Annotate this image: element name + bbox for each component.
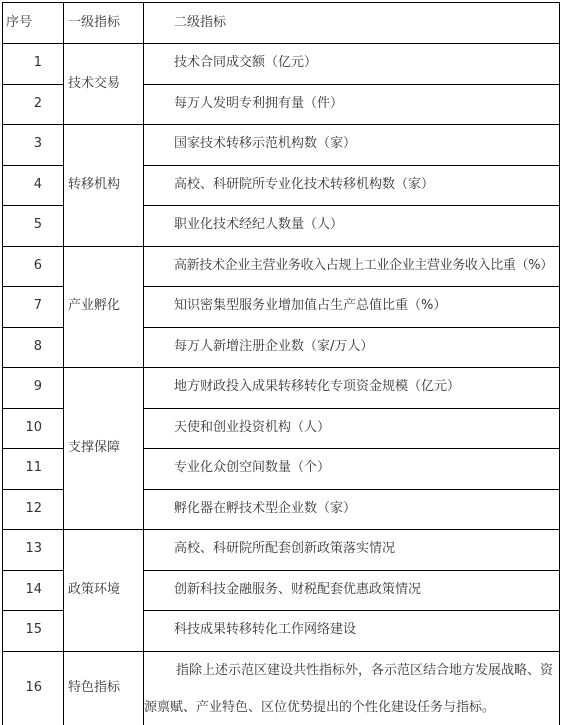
table-row: 6 产业孵化 高新技术企业主营业务收入占规上工业企业主营业务收入比重（%） [3, 246, 560, 287]
secondary-indicator: 孵化器在孵技术型企业数（家） [144, 489, 560, 530]
secondary-indicator: 高校、科研院所专业化技术转移机构数（家） [144, 165, 560, 206]
serial-number: 15 [3, 611, 64, 652]
header-secondary-indicator: 二级指标 [144, 3, 560, 44]
table-row: 16 特色指标 指除上述示范区建设共性指标外，各示范区结合地方发展战略、资源禀赋… [3, 651, 560, 725]
primary-indicator-support-guarantee: 支撑保障 [64, 368, 144, 530]
secondary-indicator: 天使和创业投资机构（人） [144, 408, 560, 449]
secondary-indicator: 国家技术转移示范机构数（家） [144, 125, 560, 166]
secondary-indicator-description: 指除上述示范区建设共性指标外，各示范区结合地方发展战略、资源禀赋、产业特色、区位… [144, 651, 560, 725]
serial-number: 5 [3, 206, 64, 247]
secondary-indicator: 每万人发明专利拥有量（件） [144, 84, 560, 125]
serial-number: 7 [3, 287, 64, 328]
serial-number: 8 [3, 327, 64, 368]
secondary-indicator: 知识密集型服务业增加值占生产总值比重（%） [144, 287, 560, 328]
serial-number: 6 [3, 246, 64, 287]
secondary-indicator: 专业化众创空间数量（个） [144, 449, 560, 490]
header-serial-number: 序号 [3, 3, 64, 44]
secondary-indicator: 高校、科研院所配套创新政策落实情况 [144, 530, 560, 571]
secondary-indicator: 技术合同成交额（亿元） [144, 44, 560, 85]
primary-indicator-transfer-institutions: 转移机构 [64, 125, 144, 247]
secondary-indicator: 每万人新增注册企业数（家/万人） [144, 327, 560, 368]
serial-number: 10 [3, 408, 64, 449]
table-row: 13 政策环境 高校、科研院所配套创新政策落实情况 [3, 530, 560, 571]
header-row: 序号 一级指标 二级指标 [3, 3, 560, 44]
primary-indicator-industry-incubation: 产业孵化 [64, 246, 144, 368]
primary-indicator-characteristic: 特色指标 [64, 651, 144, 725]
serial-number: 16 [3, 651, 64, 725]
serial-number: 14 [3, 570, 64, 611]
serial-number: 11 [3, 449, 64, 490]
serial-number: 2 [3, 84, 64, 125]
table-row: 3 转移机构 国家技术转移示范机构数（家） [3, 125, 560, 166]
serial-number: 13 [3, 530, 64, 571]
indicator-table: 序号 一级指标 二级指标 1 技术交易 技术合同成交额（亿元） 2 每万人发明专… [2, 2, 560, 725]
table-row: 9 支撑保障 地方财政投入成果转移转化专项资金规模（亿元） [3, 368, 560, 409]
secondary-indicator: 职业化技术经纪人数量（人） [144, 206, 560, 247]
secondary-indicator: 高新技术企业主营业务收入占规上工业企业主营业务收入比重（%） [144, 246, 560, 287]
serial-number: 9 [3, 368, 64, 409]
serial-number: 12 [3, 489, 64, 530]
serial-number: 1 [3, 44, 64, 85]
serial-number: 4 [3, 165, 64, 206]
header-primary-indicator: 一级指标 [64, 3, 144, 44]
serial-number: 3 [3, 125, 64, 166]
primary-indicator-policy-environment: 政策环境 [64, 530, 144, 652]
secondary-indicator: 地方财政投入成果转移转化专项资金规模（亿元） [144, 368, 560, 409]
table-row: 1 技术交易 技术合同成交额（亿元） [3, 44, 560, 85]
primary-indicator-technology-trade: 技术交易 [64, 44, 144, 125]
secondary-indicator: 科技成果转移转化工作网络建设 [144, 611, 560, 652]
secondary-indicator: 创新科技金融服务、财税配套优惠政策情况 [144, 570, 560, 611]
